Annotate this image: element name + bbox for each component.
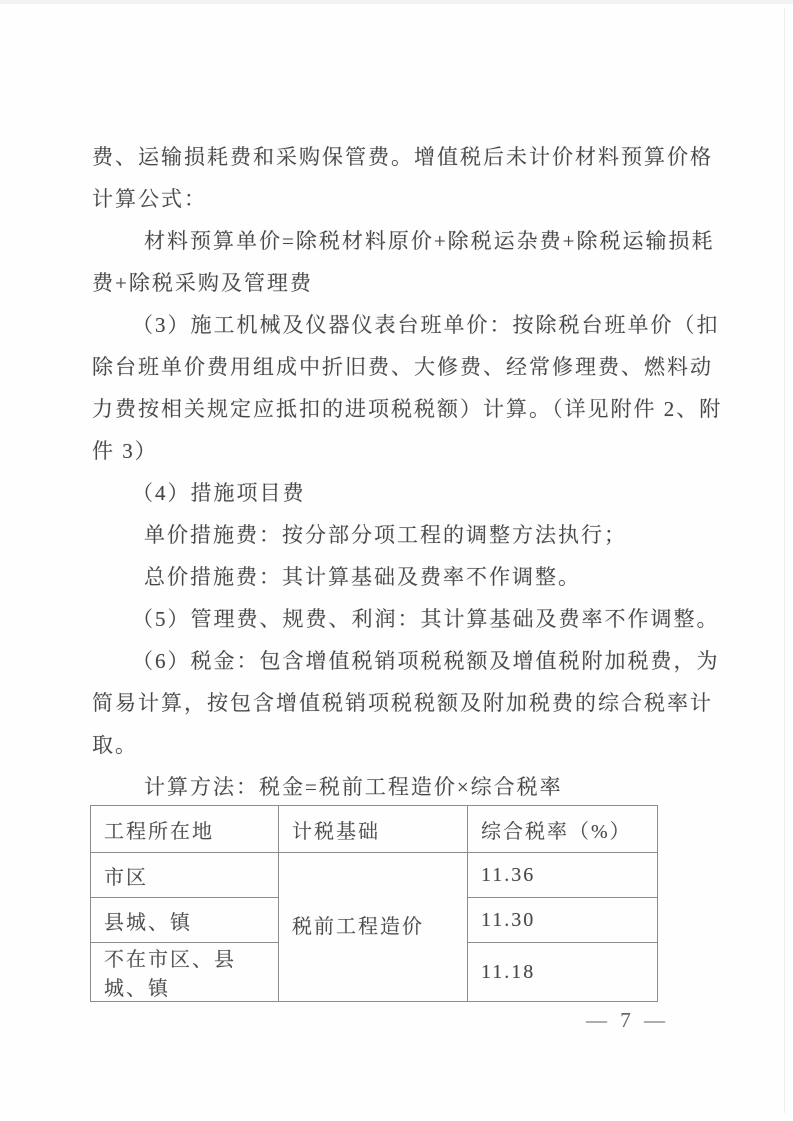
cell-location: 不在市区、县城、镇	[91, 943, 279, 1002]
text-line-item-3: （3）施工机械及仪器仪表台班单价：按除税台班单价（扣	[92, 304, 714, 346]
text-line: 件 3）	[92, 430, 714, 472]
cell-location: 县城、镇	[91, 898, 279, 943]
cell-rate: 11.18	[468, 943, 658, 1002]
cell-rate: 11.36	[468, 853, 658, 898]
text-line: 计算公式：	[92, 178, 714, 220]
scanned-document-page: 费、运输损耗费和采购保管费。增值税后未计价材料预算价格 计算公式： 材料预算单价…	[0, 0, 793, 1121]
scan-edge-artifact-right	[784, 8, 785, 1113]
text-line: 取。	[92, 724, 714, 766]
text-line-tax-formula: 计算方法：税金=税前工程造价×综合税率	[92, 766, 714, 808]
tax-rate-table-container: 工程所在地 计税基础 综合税率（%） 市区 税前工程造价 11.36 县城、镇 …	[90, 805, 658, 1002]
header-composite-rate: 综合税率（%）	[468, 806, 658, 853]
text-line: 简易计算，按包含增值税销项税税额及附加税费的综合税率计	[92, 682, 714, 724]
cell-rate: 11.30	[468, 898, 658, 943]
header-tax-basis: 计税基础	[279, 806, 468, 853]
text-line-item-4: （4）措施项目费	[92, 472, 714, 514]
tax-rate-table: 工程所在地 计税基础 综合税率（%） 市区 税前工程造价 11.36 县城、镇 …	[90, 805, 658, 1002]
cell-location: 市区	[91, 853, 279, 898]
table-row: 市区 税前工程造价 11.36	[91, 853, 658, 898]
text-line: 除台班单价费用组成中折旧费、大修费、经常修理费、燃料动	[92, 346, 714, 388]
header-project-location: 工程所在地	[91, 806, 279, 853]
table-header-row: 工程所在地 计税基础 综合税率（%）	[91, 806, 658, 853]
text-line-formula: 材料预算单价=除税材料原价+除税运杂费+除税运输损耗	[92, 220, 714, 262]
text-line-item-6: （6）税金：包含增值税销项税税额及增值税附加税费，为	[92, 640, 714, 682]
cell-tax-basis-merged: 税前工程造价	[279, 853, 468, 1002]
text-line-item-5: （5）管理费、规费、利润：其计算基础及费率不作调整。	[92, 598, 714, 640]
text-line: 力费按相关规定应抵扣的进项税税额）计算。（详见附件 2、附	[92, 388, 714, 430]
text-line-formula: 费+除税采购及管理费	[92, 262, 714, 304]
scan-edge-artifact-top	[0, 0, 793, 4]
text-line: 费、运输损耗费和采购保管费。增值税后未计价材料预算价格	[92, 136, 714, 178]
text-line: 总价措施费：其计算基础及费率不作调整。	[92, 556, 714, 598]
page-number: — 7 —	[586, 1008, 676, 1033]
document-body: 费、运输损耗费和采购保管费。增值税后未计价材料预算价格 计算公式： 材料预算单价…	[92, 136, 714, 808]
text-line: 单价措施费：按分部分项工程的调整方法执行；	[92, 514, 714, 556]
